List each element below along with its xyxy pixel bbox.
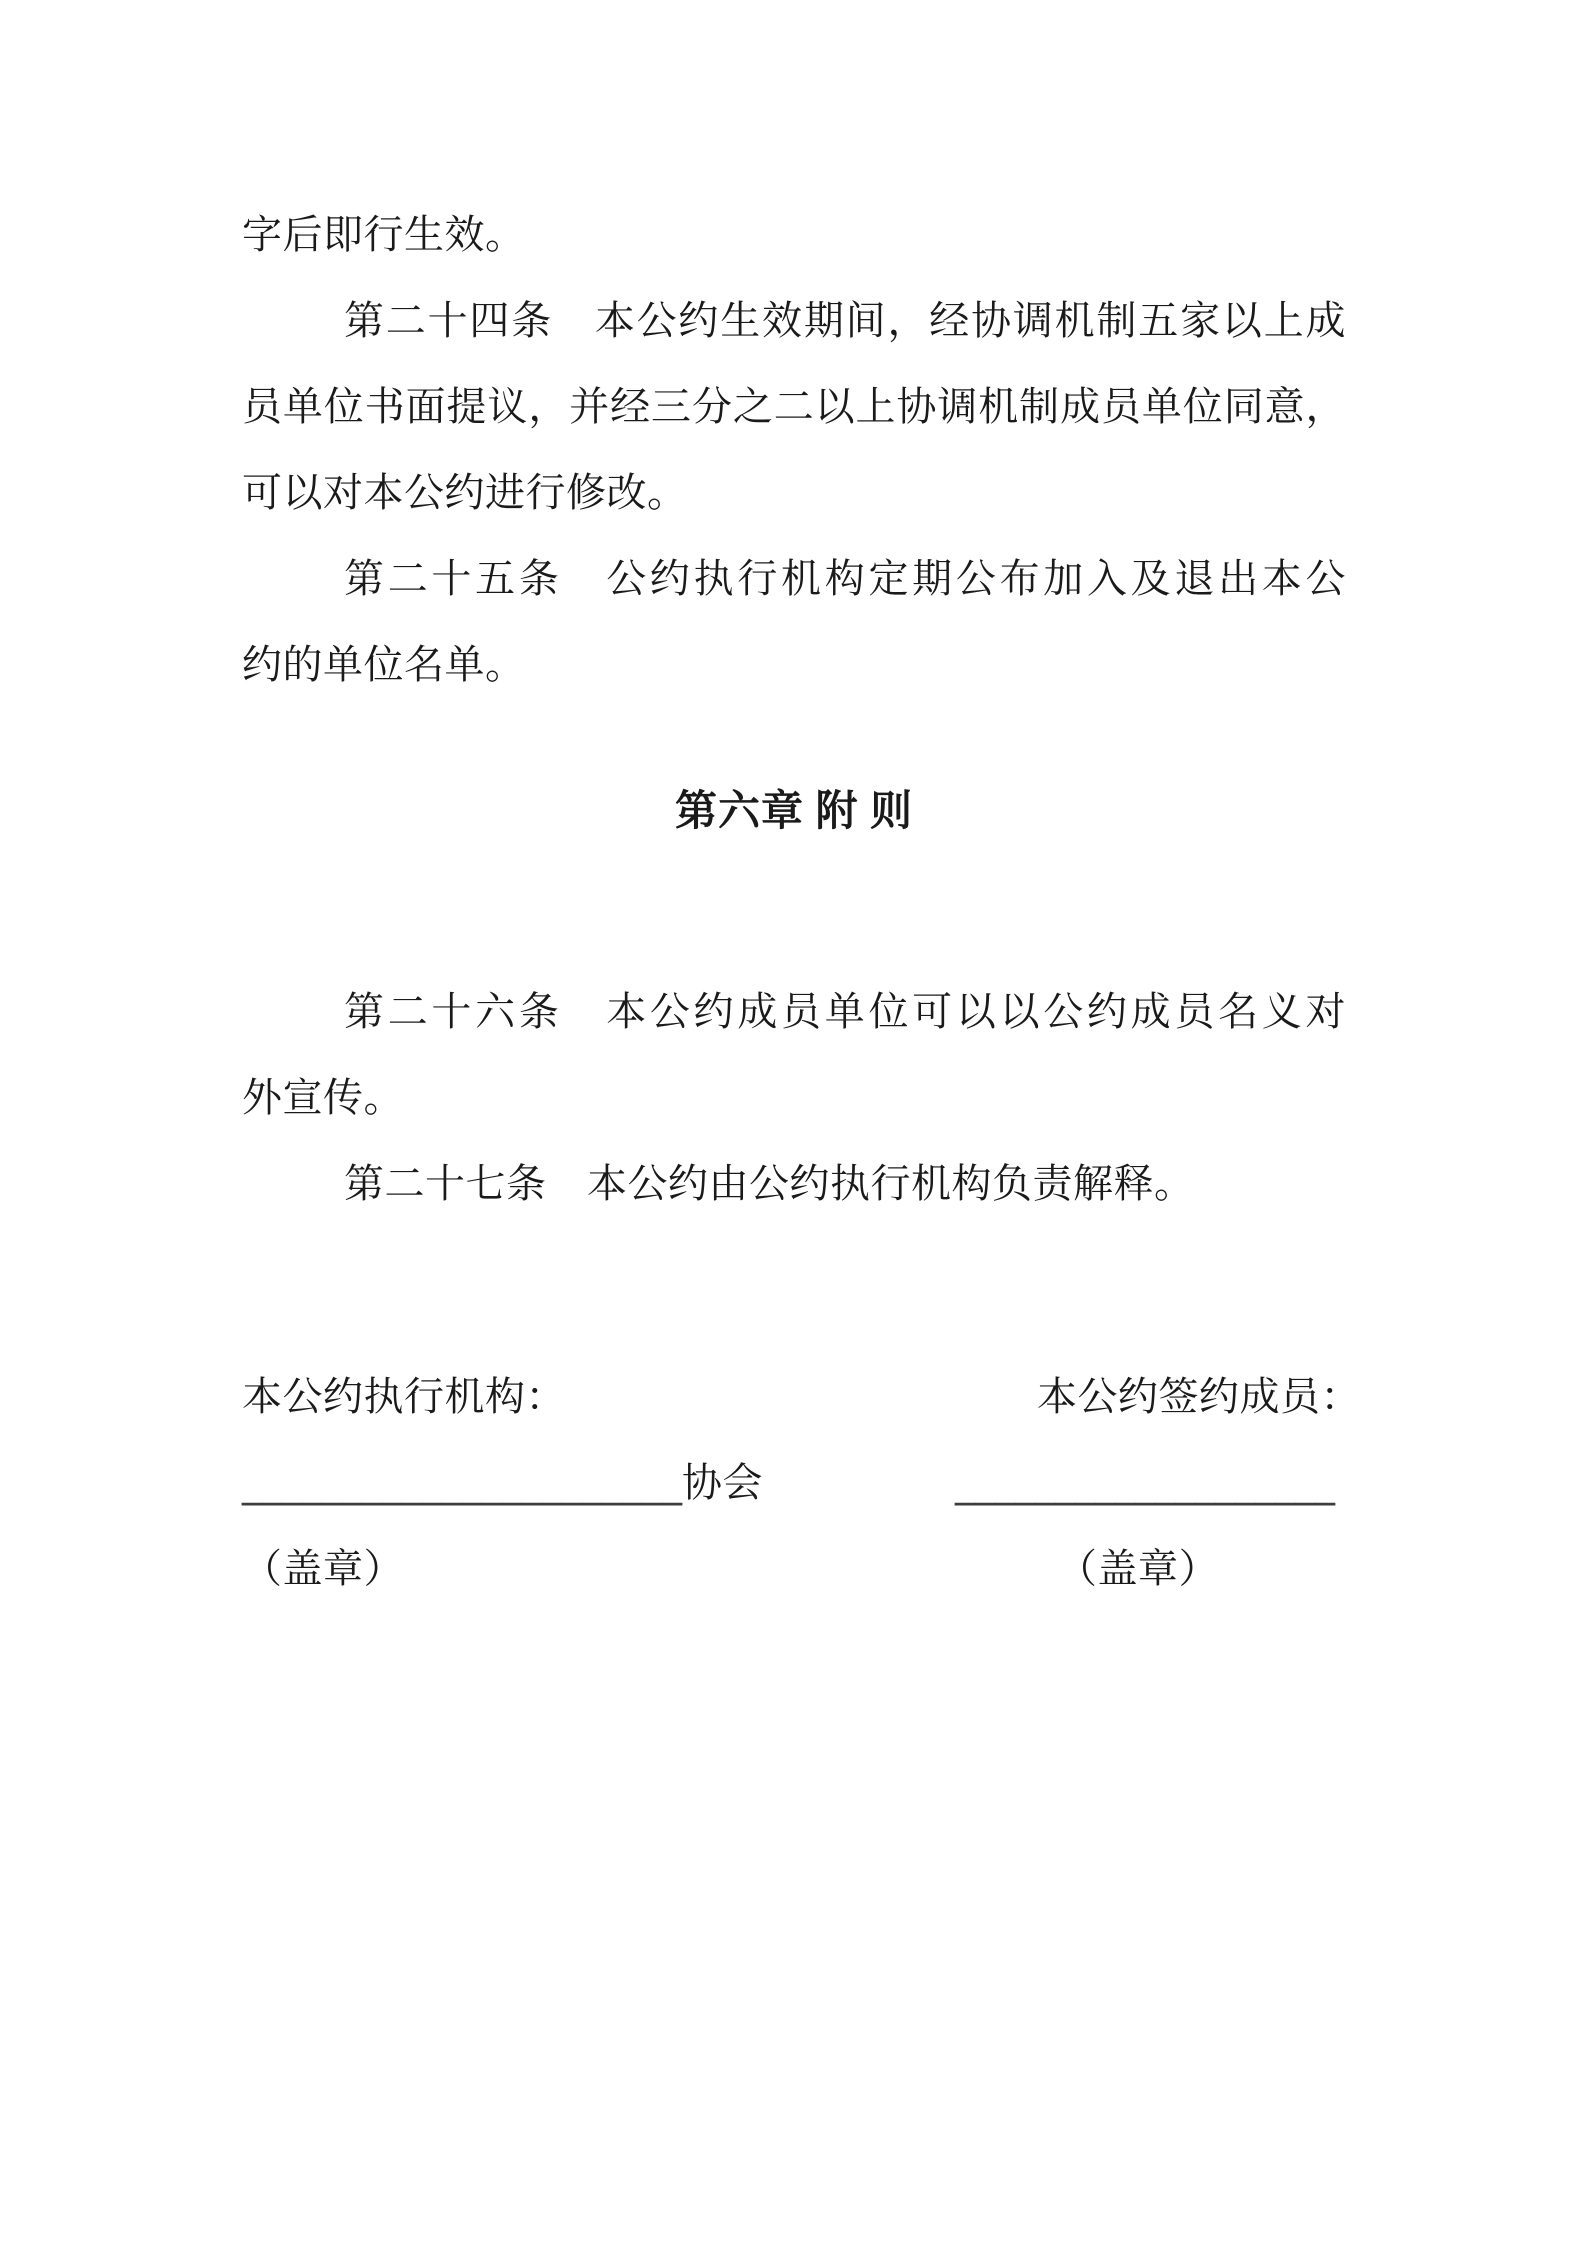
signer-seal-note: （盖章） (1057, 1526, 1219, 1612)
body-line-article-26: 第二十六条 本公约成员单位可以以公约成员名义对 (242, 969, 1346, 1055)
executor-blank-line: ______________________ (242, 1460, 682, 1506)
document-page: 字后即行生效。 第二十四条 本公约生效期间，经协调机制五家以上成 员单位书面提议… (0, 0, 1588, 2245)
body-line: 外宣传。 (242, 1055, 1346, 1141)
body-line: 字后即行生效。 (242, 192, 1346, 278)
signature-block: 本公约执行机构： 本公约签约成员： ______________________… (242, 1354, 1346, 1612)
signer-blank-line: ___________________ (955, 1440, 1335, 1526)
body-line: 员单位书面提议，并经三分之二以上协调机制成员单位同意， (242, 364, 1346, 450)
chapter-heading: 第六章 附 则 (242, 769, 1346, 855)
executor-association-suffix: 协会 (682, 1460, 763, 1505)
signature-seals-row: （盖章） （盖章） (242, 1526, 1346, 1612)
signature-blanks-row: ______________________协会 _______________… (242, 1440, 1346, 1526)
signature-labels-row: 本公约执行机构： 本公约签约成员： (242, 1354, 1346, 1440)
body-line-article-27: 第二十七条 本公约由公约执行机构负责解释。 (242, 1141, 1346, 1227)
executor-seal-note: （盖章） (242, 1546, 404, 1591)
body-line: 约的单位名单。 (242, 622, 1346, 708)
executor-label: 本公约执行机构： (242, 1374, 566, 1419)
signer-label: 本公约签约成员： (1037, 1354, 1361, 1440)
body-line-article-24: 第二十四条 本公约生效期间，经协调机制五家以上成 (242, 278, 1346, 364)
page-content: 字后即行生效。 第二十四条 本公约生效期间，经协调机制五家以上成 员单位书面提议… (242, 192, 1346, 1612)
body-line-article-25: 第二十五条 公约执行机构定期公布加入及退出本公 (242, 536, 1346, 622)
body-line: 可以对本公约进行修改。 (242, 450, 1346, 536)
